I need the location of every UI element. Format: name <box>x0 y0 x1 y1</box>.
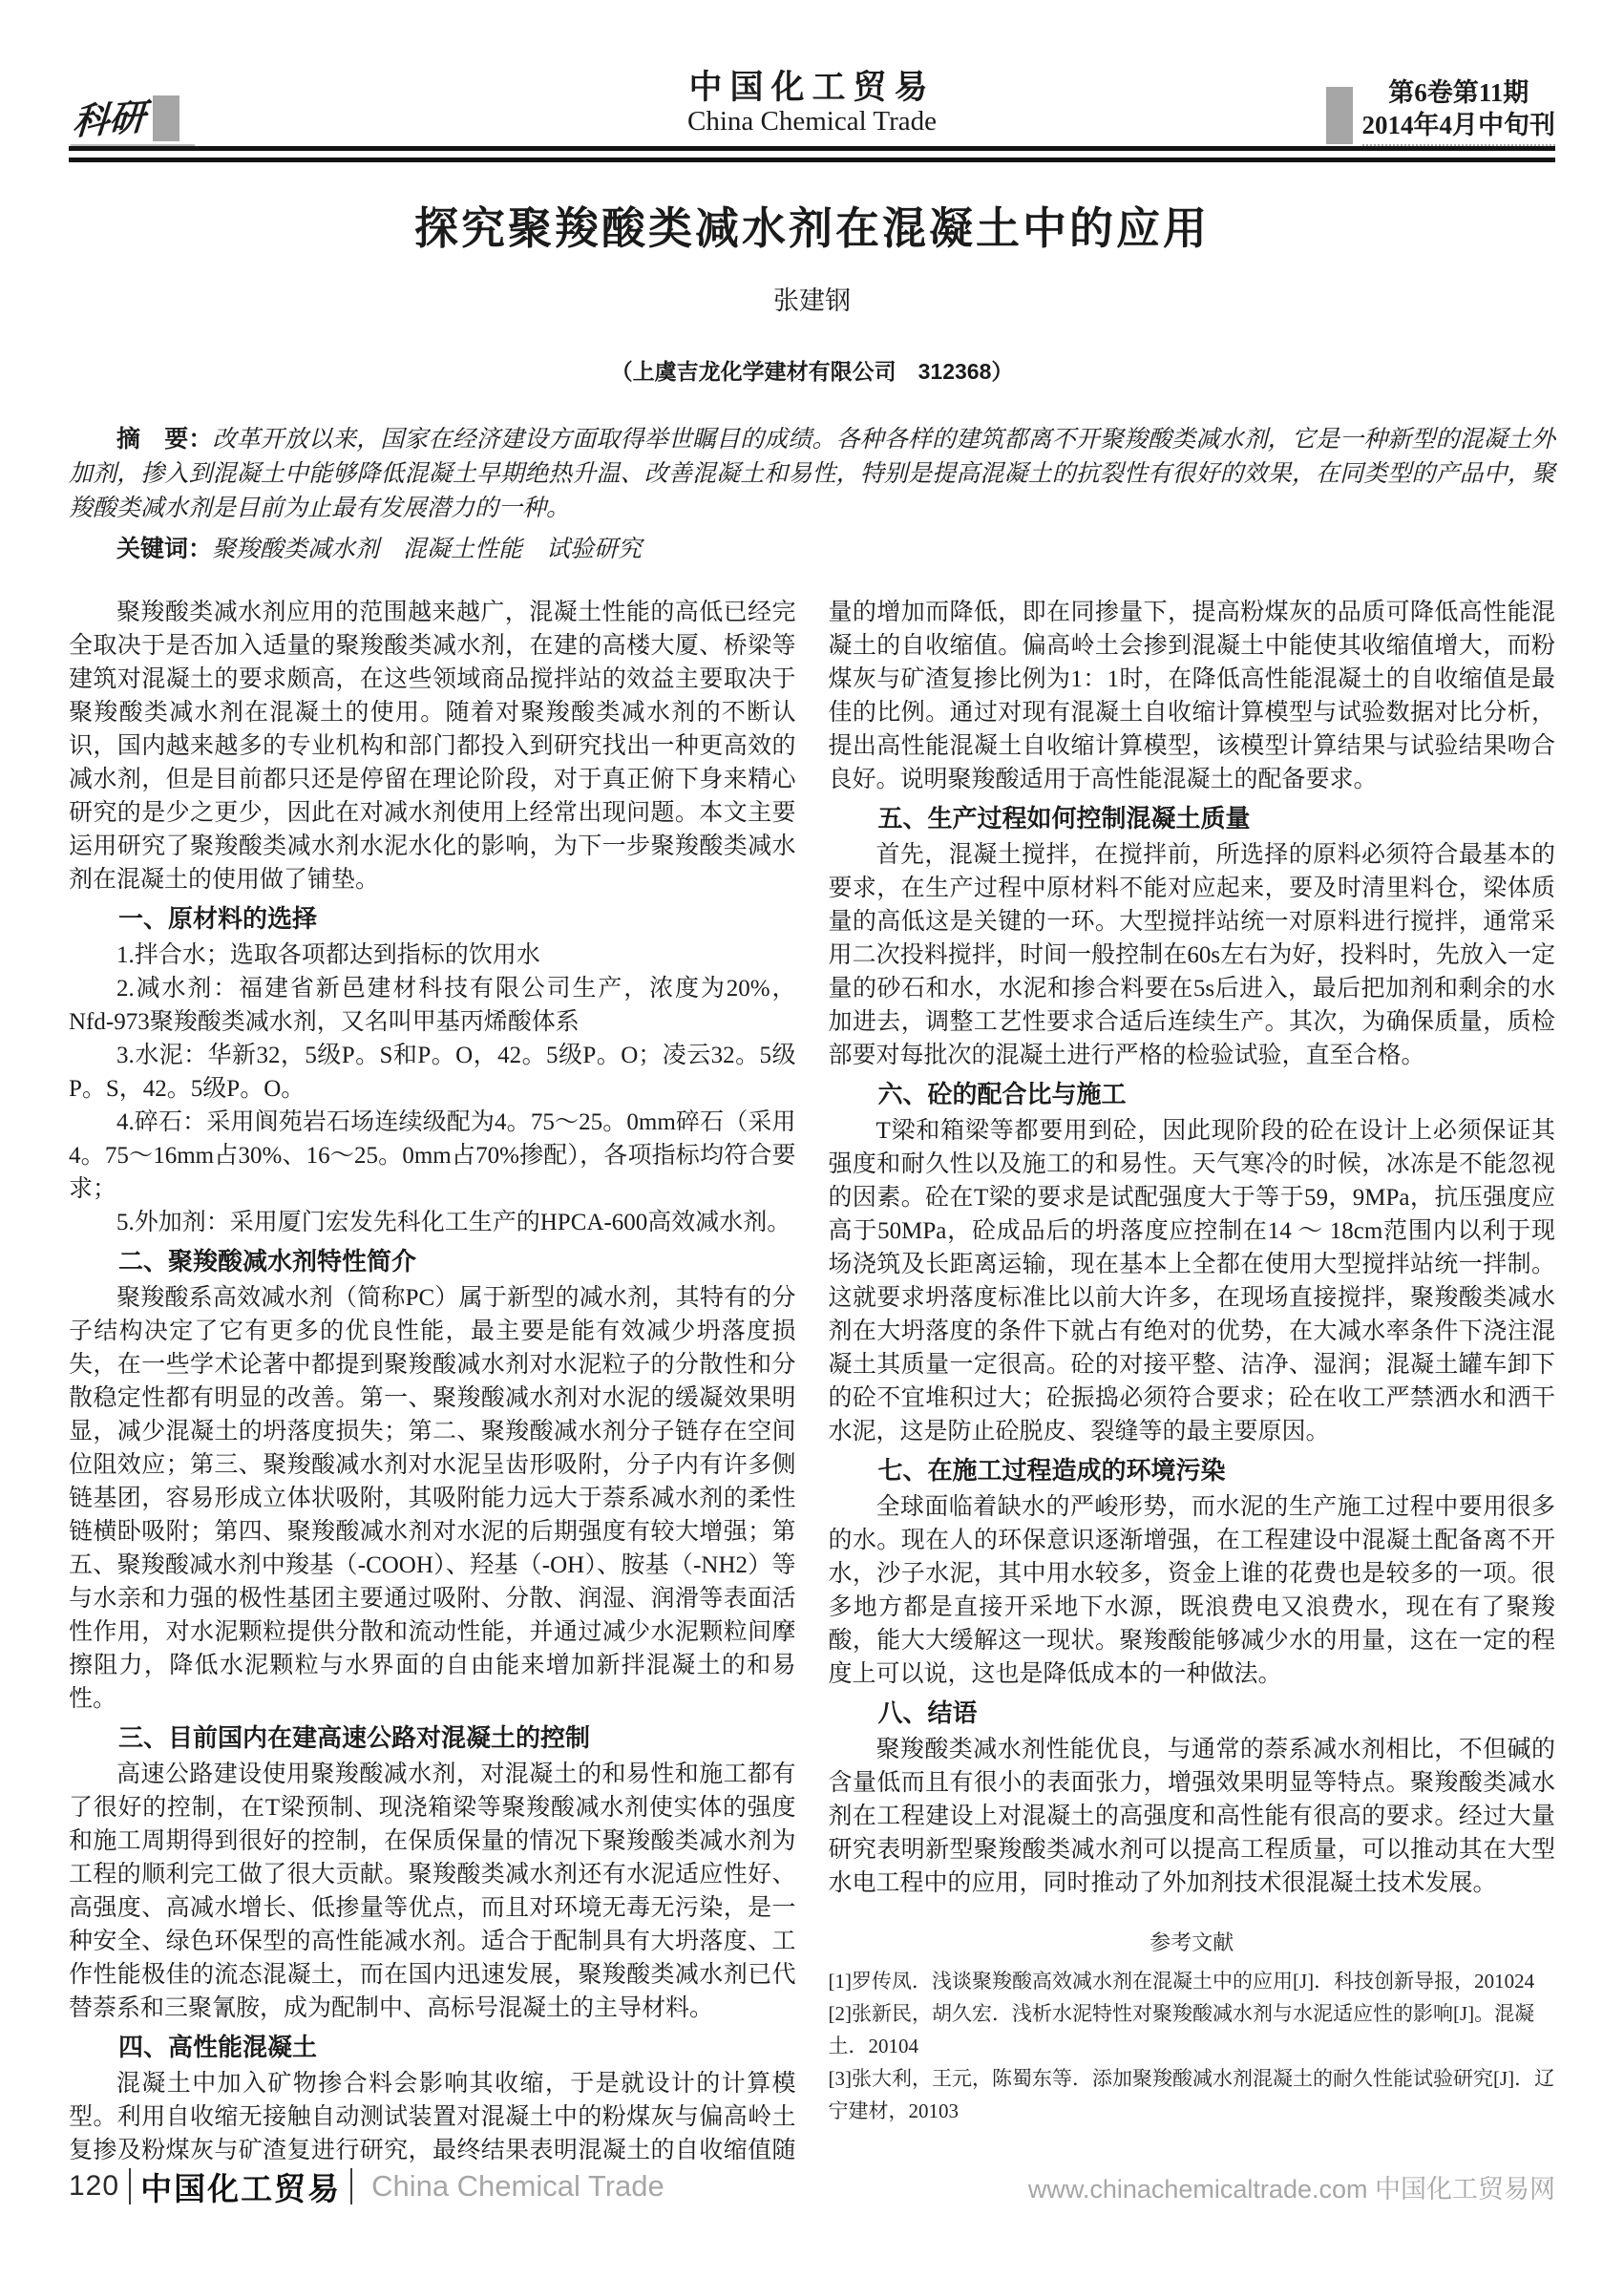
paragraph-section-4: 混凝土中加入矿物掺合料会影响其收缩，于是就设计的计算模型。利用自收缩无接触自动测… <box>69 2067 796 2166</box>
issue-volume: 第6卷第11期 <box>1362 76 1556 109</box>
footer-divider-1 <box>129 2168 131 2204</box>
abstract-text: 改革开放以来，国家在经济建设方面取得举世瞩目的成绩。各种各样的建筑都离不开聚羧酸… <box>69 427 1555 521</box>
footer-website: www.chinachemicaltrade.com 中国化工贸易网 <box>1028 2168 1555 2205</box>
footer-left: 120 中国化工贸易 China Chemical Trade <box>69 2164 664 2209</box>
issue-date: 2014年4月中旬刊 <box>1362 109 1556 141</box>
references-section: 参考文献 [1]罗传凤．浅谈聚羧酸高效减水剂在混凝土中的应用[J]．科技创新导报… <box>829 1927 1556 2127</box>
page-content: 探究聚羧酸类减水剂在混凝土中的应用 张建钢 （上虞吉龙化学建材有限公司 3123… <box>0 0 1624 2166</box>
paragraph-section-5: 首先，混凝土搅拌，在搅拌前，所选择的原料必须符合最基本的要求，在生产过程中原材料… <box>829 838 1556 1072</box>
abstract-label: 摘 要： <box>116 426 212 453</box>
keywords-text: 聚羧酸类减水剂 混凝土性能 试验研究 <box>212 537 642 562</box>
left-column: 聚羧酸类减水剂应用的范围越来越广，混凝土性能的高低已经完全取决于是否加入适量的聚… <box>69 596 796 2166</box>
section-heading-3: 三、目前国内在建高速公路对混凝土的控制 <box>69 1720 796 1755</box>
keywords-label: 关键词： <box>116 536 212 562</box>
right-column: 量的增加而降低，即在同掺量下，提高粉煤灰的品质可降低高性能混凝土的自收缩值。偏高… <box>829 596 1556 2166</box>
paragraph-section-2: 聚羧酸系高效减水剂（简称PC）属于新型的减水剂，其特有的分子结构决定了它有更多的… <box>69 1281 796 1716</box>
material-item-1: 1.拌合水；选取各项都达到指标的饮用水 <box>69 939 796 972</box>
article-body: 聚羧酸类减水剂应用的范围越来越广，混凝土性能的高低已经完全取决于是否加入适量的聚… <box>69 596 1555 2166</box>
section-heading-8: 八、结语 <box>829 1696 1556 1730</box>
article-affiliation: （上虞吉龙化学建材有限公司 312368） <box>69 357 1555 386</box>
section-heading-6: 六、砼的配合比与施工 <box>829 1077 1556 1111</box>
page-number: 120 <box>69 2170 119 2203</box>
material-item-2: 2.减水剂：福建省新邑建材科技有限公司生产，浓度为20%，Nfd-973聚羧酸类… <box>69 972 796 1039</box>
paragraph-section-7: 全球面临着缺水的严峻形势，而水泥的生产施工过程中要用很多的水。现在人的环保意识逐… <box>829 1490 1556 1691</box>
section-heading-1: 一、原材料的选择 <box>69 901 796 936</box>
section-heading-2: 二、聚羧酸减水剂特性简介 <box>69 1244 796 1278</box>
reference-item-2: [2]张新民，胡久宏．浅析水泥特性对聚羧酸减水剂与水泥适应性的影响[J]。混凝土… <box>829 1997 1556 2062</box>
article-title: 探究聚羧酸类减水剂在混凝土中的应用 <box>69 202 1555 254</box>
reference-item-1: [1]罗传凤．浅谈聚羧酸高效减水剂在混凝土中的应用[J]．科技创新导报，2010… <box>829 1965 1556 1997</box>
reference-item-3: [3]张大利，王元，陈蜀东等．添加聚羧酸减水剂混凝土的耐久性能试验研究[J]．辽… <box>829 2062 1556 2127</box>
section-heading-4: 四、高性能混凝土 <box>69 2030 796 2064</box>
article-author: 张建钢 <box>69 285 1555 317</box>
section-heading-5: 五、生产过程如何控制混凝土质量 <box>829 801 1556 835</box>
issue-info: 第6卷第11期 2014年4月中旬刊 <box>1326 76 1556 146</box>
material-item-3: 3.水泥：华新32，5级P。S和P。O，42。5级P。O；凌云32。5级P。S，… <box>69 1039 796 1106</box>
section-heading-7: 七、在施工过程造成的环境污染 <box>829 1453 1556 1487</box>
keywords-paragraph: 关键词：聚羧酸类减水剂 混凝土性能 试验研究 <box>69 532 1555 567</box>
abstract-paragraph: 摘 要：改革开放以来，国家在经济建设方面取得举世瞩目的成绩。各种各样的建筑都离不… <box>69 422 1555 526</box>
journal-page: 科研 中国化工贸易 China Chemical Trade 第6卷第11期 2… <box>0 0 1624 2278</box>
paragraph-intro: 聚羧酸类减水剂应用的范围越来越广，混凝土性能的高低已经完全取决于是否加入适量的聚… <box>69 596 796 896</box>
paragraph-section-4-continued: 量的增加而降低，即在同掺量下，提高粉煤灰的品质可降低高性能混凝土的自收缩值。偏高… <box>829 596 1556 796</box>
issue-gray-rect <box>1326 87 1353 144</box>
masthead: 科研 中国化工贸易 China Chemical Trade 第6卷第11期 2… <box>0 0 1624 162</box>
issue-lines: 第6卷第11期 2014年4月中旬刊 <box>1362 76 1556 146</box>
page-footer: 120 中国化工贸易 China Chemical Trade www.chin… <box>69 2165 1555 2207</box>
footer-journal-zh: 中国化工贸易 <box>140 2164 341 2209</box>
material-item-5: 5.外加剂：采用厦门宏发先科化工生产的HPCA-600高效减水剂。 <box>69 1206 796 1239</box>
footer-journal-en: China Chemical Trade <box>371 2169 664 2204</box>
references-title: 参考文献 <box>829 1927 1556 1959</box>
paragraph-section-3: 高速公路建设使用聚羧酸减水剂，对混凝土的和易性和施工都有了很好的控制，在T梁预制… <box>69 1758 796 2025</box>
masthead-double-rule <box>69 146 1555 162</box>
footer-divider-2 <box>350 2168 352 2204</box>
material-item-4: 4.碎石：采用阆苑岩石场连续级配为4。75～25。0mm碎石（采用4。75～16… <box>69 1106 796 1206</box>
paragraph-section-6: T梁和箱梁等都要用到砼，因此现阶段的砼在设计上必须保证其强度和耐久性以及施工的和… <box>829 1114 1556 1448</box>
paragraph-section-8: 聚羧酸类减水剂性能优良，与通常的萘系减水剂相比，不但碱的含量低而且有很小的表面张… <box>829 1733 1556 1900</box>
abstract-section: 摘 要：改革开放以来，国家在经济建设方面取得举世瞩目的成绩。各种各样的建筑都离不… <box>69 422 1555 567</box>
